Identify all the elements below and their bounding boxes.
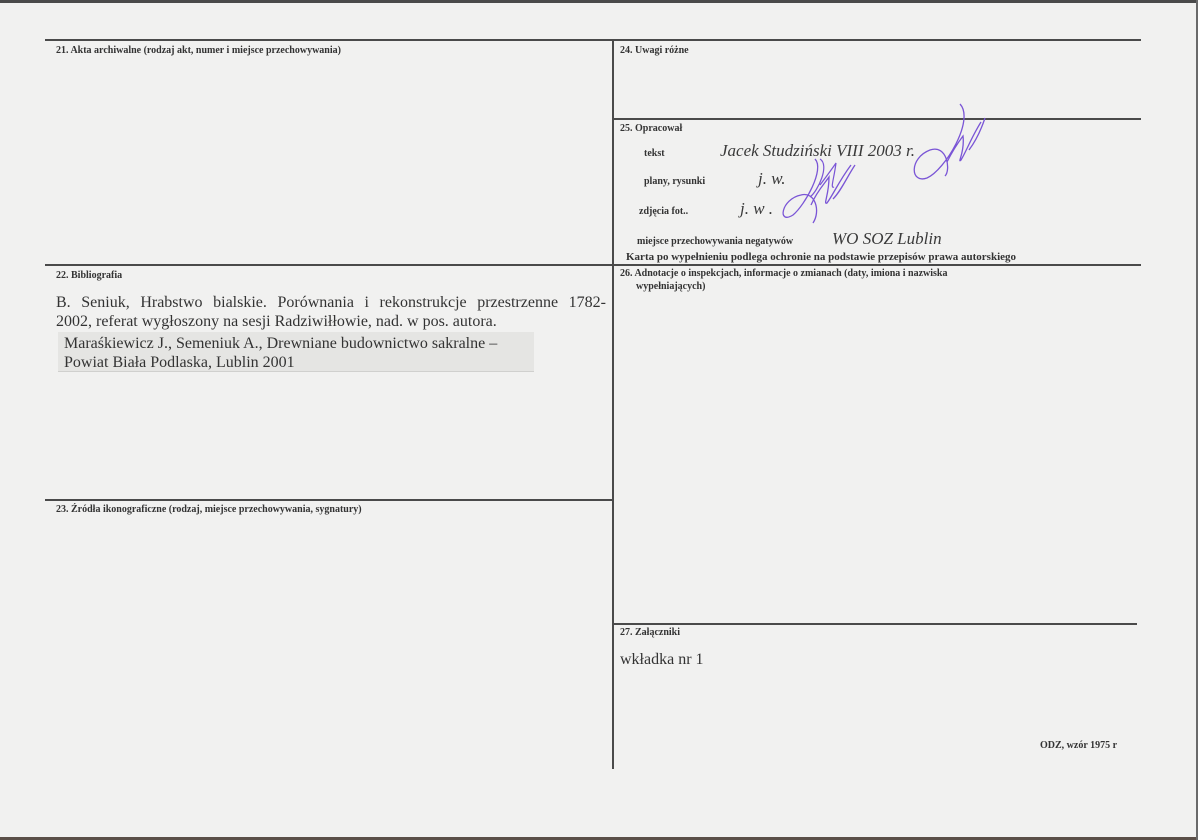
pasted-line-1: Maraśkiewicz J., Semeniuk A., Drewniane …	[64, 334, 534, 353]
bibliography-pasted-slip: Maraśkiewicz J., Semeniuk A., Drewniane …	[58, 332, 534, 372]
tekst-label: tekst	[644, 148, 665, 159]
section-27-label: 27. Załączniki	[620, 627, 680, 638]
form-footer: ODZ, wzór 1975 r	[1040, 740, 1117, 751]
section-25-label: 25. Opracował	[620, 123, 682, 134]
signature-icon	[800, 155, 860, 205]
negatywy-label: miejsce przechowywania negatywów	[637, 236, 793, 247]
section-26-label-line-1: 26. Adnotacje o inspekcjach, informacje …	[620, 268, 948, 279]
zdjecia-value: j. w .	[740, 199, 773, 219]
plany-label: plany, rysunki	[644, 176, 705, 187]
pasted-line-2: Powiat Biała Podlaska, Lublin 2001	[64, 353, 534, 372]
rule-section-25	[612, 118, 1141, 120]
rule-section-26	[612, 264, 1141, 266]
section-24-label: 24. Uwagi różne	[620, 45, 689, 56]
section-22-label: 22. Bibliografia	[56, 270, 122, 281]
section-23-label: 23. Źródła ikonograficzne (rodzaj, miejs…	[56, 504, 362, 515]
zdjecia-label: zdjęcia fot..	[639, 206, 688, 217]
rule-section-27	[612, 623, 1137, 625]
center-divider	[612, 39, 614, 769]
section-26-label-line-2: wypełniających)	[636, 281, 705, 292]
rule-section-22	[45, 264, 612, 266]
copyright-notice: Karta po wypełnieniu podlega ochronie na…	[626, 251, 1016, 263]
attachments-value: wkładka nr 1	[620, 650, 704, 669]
signature-icon	[905, 100, 995, 190]
scan-edge-top	[0, 0, 1198, 3]
rule-top	[45, 39, 1141, 41]
rule-section-23	[45, 499, 612, 501]
section-21-label: 21. Akta archiwalne (rodzaj akt, numer i…	[56, 45, 341, 56]
bibliography-line-1: B. Seniuk, Hrabstwo bialskie. Porównania…	[56, 293, 606, 312]
bibliography-line-2: 2002, referat wygłoszony na sesji Radziw…	[56, 312, 606, 331]
bibliography-entry-1: B. Seniuk, Hrabstwo bialskie. Porównania…	[56, 293, 606, 331]
